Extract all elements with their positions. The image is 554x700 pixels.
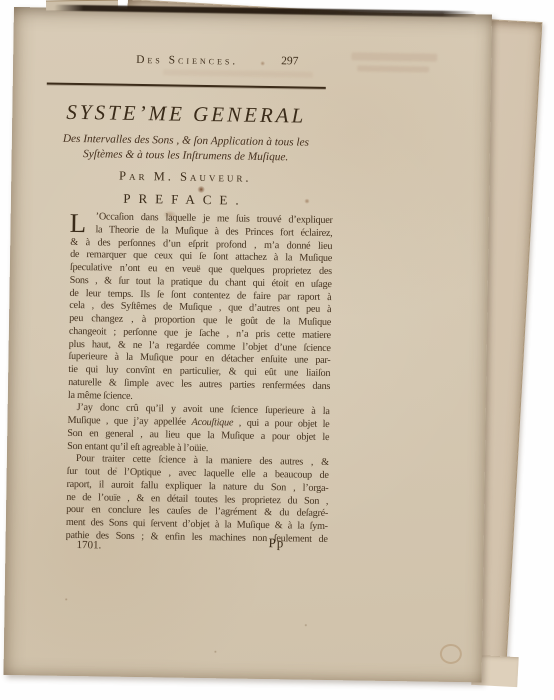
showthrough-text — [357, 65, 429, 72]
paragraph-2: J’ay donc crû qu’il y avoit une ſcience … — [67, 402, 330, 457]
italic-term: Acouſtique — [191, 417, 233, 429]
preface-body: ’Occaſion dans laquelle je me ſuis trouv… — [66, 211, 333, 547]
page-speck — [214, 650, 217, 653]
page-speck — [304, 624, 307, 627]
text-segment: , qui a pour objet le — [233, 417, 330, 430]
showthrough-text — [163, 69, 313, 77]
header-rule — [47, 83, 326, 89]
page-number: 297 — [281, 55, 298, 67]
photo-of-book-page: { "palette": { "paper": "#d5c8b2", "ink"… — [0, 0, 554, 700]
preface-heading: PREFACE. — [37, 189, 333, 210]
byline: Par M. Sauveur. — [37, 167, 333, 187]
page-speck — [65, 598, 68, 601]
year-notation: 1701. — [76, 539, 101, 551]
paragraph-3: Pour traiter cette ſcience à la maniere … — [66, 453, 329, 546]
paragraph-1: ’Occaſion dans laquelle je me ſuis trouv… — [68, 211, 333, 406]
showthrough-text — [351, 52, 437, 61]
page-stain — [440, 644, 462, 664]
text-segment: Muſique , que j’ay appellée — [67, 415, 191, 428]
article-title: SYSTE’ME GENERAL — [38, 99, 334, 129]
article-subtitle: Des Intervalles des Sons , & ſon Applica… — [38, 131, 334, 165]
book-page: Des Sciences. 297 SYSTE’ME GENERAL Des I… — [4, 7, 492, 682]
signature-mark: Pp — [268, 535, 284, 551]
